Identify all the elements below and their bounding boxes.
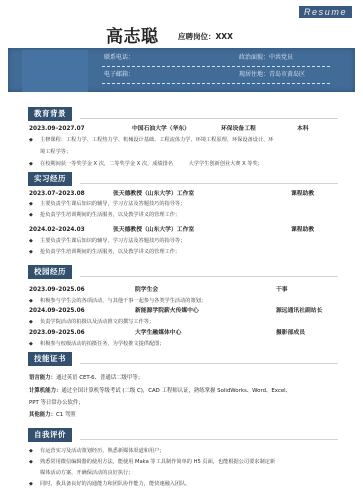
skill-computer-continued: PPT 等日常办公软件； xyxy=(29,399,84,407)
skill-computer: 计算机能力：通过全国计算机等级考试 (二级 C)，CAD 工程师认证，熟练掌握 … xyxy=(29,387,291,395)
divider xyxy=(80,183,338,184)
section-title: 技能证书 xyxy=(28,352,72,366)
section-self-eval: 自我评价 xyxy=(28,428,338,442)
section-title: 实习经历 xyxy=(28,172,72,186)
intern-period: 2023.07–2023.08 xyxy=(29,190,85,198)
section-title: 自我评价 xyxy=(28,428,72,442)
divider xyxy=(80,276,338,277)
campus-period: 2023.09–2025.06 xyxy=(29,286,85,294)
diamond-bullet-icon: ◆ xyxy=(29,160,33,168)
intern-role: 课程助教 xyxy=(291,190,314,198)
divider xyxy=(80,439,338,440)
campus-role: 源远通讯社副站长 xyxy=(276,307,322,315)
candidate-name: 高志聪 xyxy=(106,22,159,47)
intern-period: 2024.02–2024.03 xyxy=(29,226,85,234)
edu-period: 2023.09–2027.07 xyxy=(29,125,85,133)
campus-org: 院学生会 xyxy=(135,286,158,294)
diamond-bullet-icon: ◆ xyxy=(29,200,33,208)
divider xyxy=(80,118,338,119)
diamond-bullet-icon: ◆ xyxy=(29,458,33,466)
resume-tag: Resume xyxy=(299,6,352,18)
campus-org: 大学生融媒体中心 xyxy=(135,329,181,337)
section-skills: 技能证书 xyxy=(28,352,338,366)
intern-org: 张天德教授（山东大学）工作室 xyxy=(113,190,194,198)
diamond-bullet-icon: ◆ xyxy=(29,237,33,245)
intern-role: 课程助教 xyxy=(291,226,314,234)
diamond-bullet-icon: ◆ xyxy=(29,340,33,348)
edu-degree: 本科 xyxy=(297,125,309,133)
diamond-bullet-icon: ◆ xyxy=(29,136,33,144)
diamond-bullet-icon: ◆ xyxy=(29,211,33,219)
info-row-1: 联系电话： 政治面貌：中共党员 xyxy=(102,51,330,67)
diamond-bullet-icon: ◆ xyxy=(29,318,33,326)
residence: 现居住地：青岛市黄岛区 xyxy=(239,68,305,82)
campus-role: 干事 xyxy=(276,286,288,294)
photo-placeholder xyxy=(22,50,88,92)
campus-period: 2023.09–2025.06 xyxy=(29,329,85,337)
edu-school: 中国石油大学（华东） xyxy=(132,125,190,133)
skill-other: 其他能力：C1 驾照 xyxy=(29,411,76,419)
applied-position: 应聘岗位：XXX xyxy=(178,31,233,42)
divider xyxy=(80,363,338,364)
section-education: 教育背景 xyxy=(28,107,338,121)
section-internship: 实习经历 xyxy=(28,172,338,186)
campus-org: 新能源学院薪火传媒中心 xyxy=(135,307,199,315)
section-title: 教育背景 xyxy=(28,107,72,121)
campus-role: 摄影部成员 xyxy=(276,329,305,337)
skill-language: 语言能力：通过英语 CET-6、普通话二级甲等； xyxy=(29,374,143,382)
diamond-bullet-icon: ◆ xyxy=(29,297,33,305)
info-row-2: 电子邮箱： 现居住地：青岛市黄岛区 xyxy=(102,68,330,84)
diamond-bullet-icon: ◆ xyxy=(29,248,33,256)
section-campus: 校园经历 xyxy=(28,265,338,279)
intern-org: 张天德教授（山东大学）工作室 xyxy=(113,226,194,234)
diamond-bullet-icon: ◆ xyxy=(29,480,33,488)
section-title: 校园经历 xyxy=(28,265,72,279)
edu-major: 环保设备工程 xyxy=(221,125,256,133)
campus-period: 2024.09–2025.06 xyxy=(29,307,85,315)
political-status: 政治面貌：中共党员 xyxy=(239,51,293,65)
phone-label: 联系电话： xyxy=(104,51,134,65)
diamond-bullet-icon: ◆ xyxy=(29,447,33,455)
email-label: 电子邮箱： xyxy=(104,68,134,82)
